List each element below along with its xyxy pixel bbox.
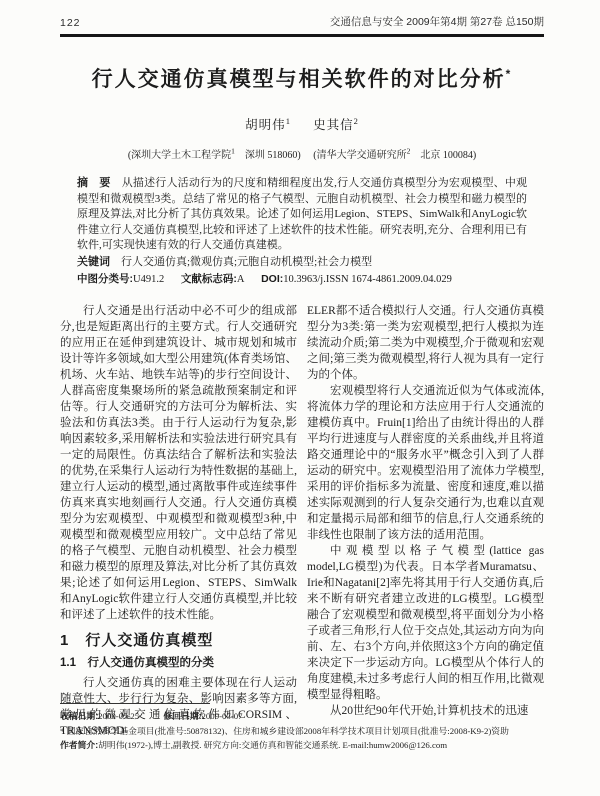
clc-pair: 中图分类号:U491.2 xyxy=(77,274,164,285)
affiliation: (清华大学交通研究所2 北京 100084) xyxy=(313,150,476,161)
dates-line: 收稿日期:2009-05-25 修回日期:2009-07-07 xyxy=(60,709,544,724)
author-name: 史其信 xyxy=(313,118,354,132)
author: 胡明伟1 xyxy=(245,118,291,132)
article-title-text: 行人交通仿真模型与相关软件的对比分析 xyxy=(92,68,506,91)
page-number: 122 xyxy=(60,17,81,29)
author-affil-mark: 1 xyxy=(286,116,291,126)
affiliation-name: (清华大学交通研究所 xyxy=(313,150,406,161)
classification-line: 中图分类号:U491.2 文献标志码:A DOI:10.3963/j.ISSN … xyxy=(77,272,527,288)
left-column: 行人交通是出行活动中必不可少的组成部分,也是短距离出行的主要方式。行人交通研究的… xyxy=(60,303,297,739)
doc-code-pair: 文献标志码:A xyxy=(181,274,245,285)
body-paragraph: 宏观模型将行人交通流近似为气体或流体,将流体力学的理论和方法应用于行人交通流的建… xyxy=(307,383,544,543)
footnote-divider xyxy=(60,703,210,704)
article-meta: 摘 要 从描述行人活动行为的尺度和精细程度出发,行人交通仿真模型分为宏观模型、中… xyxy=(77,176,527,288)
received-date-value: 2009-05-25 xyxy=(98,711,139,721)
received-date-label: 收稿日期: xyxy=(60,711,98,721)
author-bio-label: 作者简介: xyxy=(60,740,98,750)
doc-code-label: 文献标志码: xyxy=(181,273,237,285)
keywords-text: 行人交通仿真;微观仿真;元胞自动机模型;社会力模型 xyxy=(121,256,372,268)
clc-value: U491.2 xyxy=(133,274,164,285)
section-heading: 1 行人交通仿真模型 xyxy=(60,633,297,649)
doi-value: 10.3963/j.ISSN 1674-4861.2009.04.029 xyxy=(283,274,452,285)
affiliation-city: 北京 100084) xyxy=(410,150,476,161)
doc-code-value: A xyxy=(237,274,245,285)
author-bio: 作者简介:胡明伟(1972-),博士,副教授. 研究方向:交通仿真和智能交通系统… xyxy=(60,738,544,753)
author-affil-mark: 2 xyxy=(354,116,359,126)
author-name: 胡明伟 xyxy=(245,118,286,132)
affiliation-line: (深圳大学土木工程学院1 深圳 518060) (清华大学交通研究所2 北京 1… xyxy=(60,146,544,161)
footnote-block: 收稿日期:2009-05-25 修回日期:2009-07-07 * 国家自然科学… xyxy=(60,703,544,753)
funding-note: * 国家自然科学基金项目(批准号:50878132)、住房和城乡建设部2008年… xyxy=(60,724,544,739)
journal-page: 122 交通信息与安全 2009年第4期 第27卷 总150期 行人交通仿真模型… xyxy=(0,0,600,796)
affiliation: (深圳大学土木工程学院1 深圳 518060) xyxy=(128,150,301,161)
right-column: ELER都不适合模拟行人交通。行人交通仿真模型分为3类:第一类为宏观模型,把行人… xyxy=(307,303,544,739)
author-bio-text: 胡明伟(1972-),博士,副教授. 研究方向:交通仿真和智能交通系统. E-m… xyxy=(98,740,447,750)
clc-label: 中图分类号: xyxy=(77,273,133,285)
doi-pair: DOI:10.3963/j.ISSN 1674-4861.2009.04.029 xyxy=(261,274,452,285)
revised-date-label: 修回日期: xyxy=(163,711,201,721)
keywords-label: 关键词 xyxy=(77,256,110,268)
page-header: 122 交通信息与安全 2009年第4期 第27卷 总150期 xyxy=(60,14,544,37)
body-paragraph: 中观模型以格子气模型(lattice gas model,LG模型)为代表。日本… xyxy=(307,543,544,703)
article-title: 行人交通仿真模型与相关软件的对比分析* xyxy=(60,63,544,93)
abstract-label: 摘 要 xyxy=(77,177,111,189)
doi-label: DOI: xyxy=(261,273,283,285)
body-paragraph: 行人交通是出行活动中必不可少的组成部分,也是短距离出行的主要方式。行人交通研究的… xyxy=(60,303,297,623)
abstract-text: 从描述行人活动行为的尺度和精细程度出发,行人交通仿真模型分为宏观模型、中观模型和… xyxy=(77,177,527,251)
author-line: 胡明伟1 史其信2 xyxy=(60,115,544,133)
body-columns: 行人交通是出行活动中必不可少的组成部分,也是短距离出行的主要方式。行人交通研究的… xyxy=(60,303,544,739)
affiliation-city: 深圳 518060) xyxy=(235,150,301,161)
author: 史其信2 xyxy=(313,118,359,132)
journal-info: 交通信息与安全 2009年第4期 第27卷 总150期 xyxy=(330,14,544,29)
keywords: 关键词 行人交通仿真;微观仿真;元胞自动机模型;社会力模型 xyxy=(77,255,527,271)
revised-date-value: 2009-07-07 xyxy=(202,711,243,721)
body-paragraph: ELER都不适合模拟行人交通。行人交通仿真模型分为3类:第一类为宏观模型,把行人… xyxy=(307,303,544,383)
affiliation-name: (深圳大学土木工程学院 xyxy=(128,150,231,161)
subsection-heading: 1.1 行人交通仿真模型的分类 xyxy=(60,655,297,671)
abstract: 摘 要 从描述行人活动行为的尺度和精细程度出发,行人交通仿真模型分为宏观模型、中… xyxy=(77,176,527,254)
title-footnote-mark: * xyxy=(506,67,513,81)
